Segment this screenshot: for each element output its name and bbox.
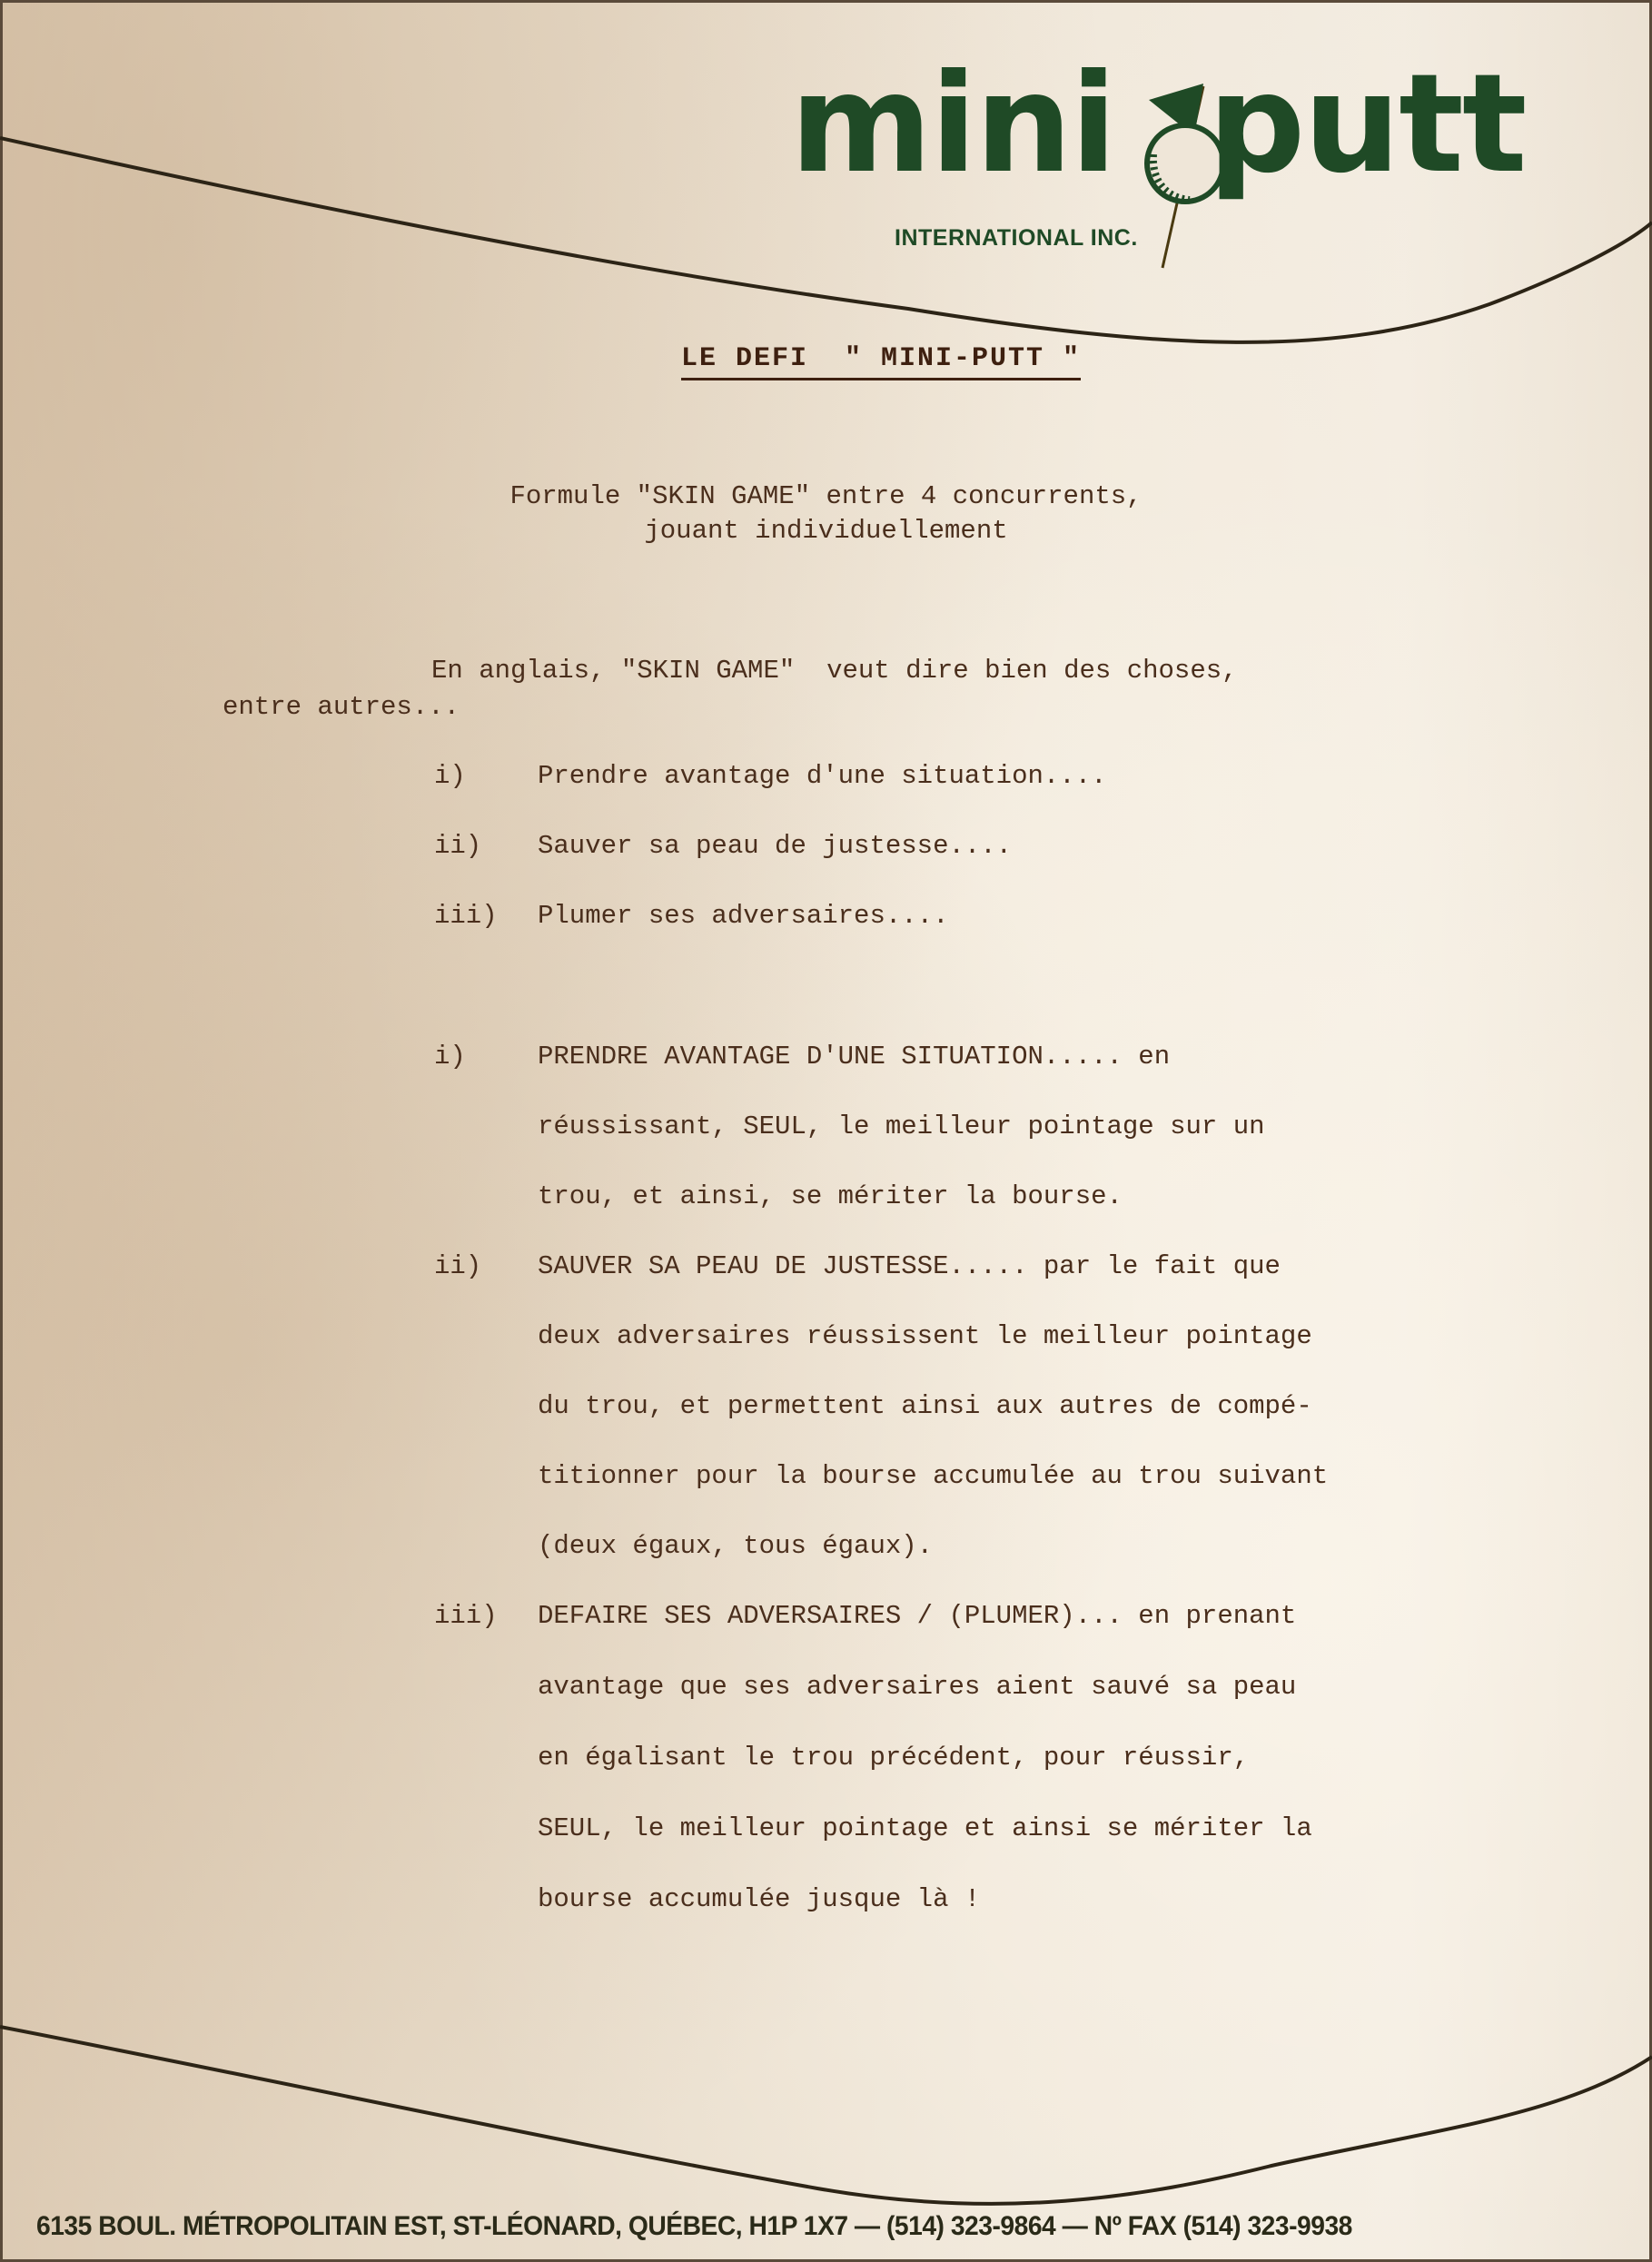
detail-line: bourse accumulée jusque là ! — [538, 1884, 980, 1914]
detail-marker: iii) — [434, 1601, 498, 1631]
detail-marker: i) — [434, 1042, 466, 1072]
detail-line: trou, et ainsi, se mériter la bourse. — [538, 1181, 1123, 1211]
detail-line: avantage que ses adversaires aient sauvé… — [538, 1672, 1296, 1702]
detail-line: PRENDRE AVANTAGE D'UNE SITUATION..... en — [538, 1042, 1170, 1072]
company-logo: mini putt INTERNATIONAL INC. — [781, 36, 1535, 272]
detail-line: du trou, et permettent ainsi aux autres … — [538, 1391, 1312, 1421]
detail-line: en égalisant le trou précédent, pour réu… — [538, 1743, 1249, 1773]
detail-marker: ii) — [434, 1251, 481, 1281]
bottom-curve — [0, 2027, 1652, 2204]
detail-line: SEUL, le meilleur pointage et ainsi se m… — [538, 1813, 1312, 1843]
summary-marker: iii) — [434, 901, 498, 931]
detail-line: SAUVER SA PEAU DE JUSTESSE..... par le f… — [538, 1251, 1281, 1281]
summary-item: Sauver sa peau de justesse.... — [538, 831, 1012, 861]
detail-line: réussissant, SEUL, le meilleur pointage … — [538, 1111, 1265, 1141]
footer-address: 6135 BOUL. MÉTROPOLITAIN EST, ST-LÉONARD… — [36, 2211, 1352, 2242]
logo-subtitle: INTERNATIONAL INC. — [895, 225, 1138, 252]
subtitle-line-1: Formule "SKIN GAME" entre 4 concurrents, — [0, 481, 1652, 511]
intro-line-1: En anglais, "SKIN GAME" veut dire bien d… — [431, 656, 1238, 686]
summary-marker: ii) — [434, 831, 481, 861]
subtitle-line-2: jouant individuellement — [0, 516, 1652, 546]
detail-line: (deux égaux, tous égaux). — [538, 1531, 933, 1561]
summary-item: Prendre avantage d'une situation.... — [538, 761, 1107, 791]
intro-line-2: entre autres... — [223, 692, 460, 722]
logo-word-putt: putt — [1208, 45, 1526, 203]
detail-line: DEFAIRE SES ADVERSAIRES / (PLUMER)... en… — [538, 1601, 1296, 1631]
detail-line: titionner pour la bourse accumulée au tr… — [538, 1461, 1328, 1491]
summary-marker: i) — [434, 761, 466, 791]
detail-line: deux adversaires réussissent le meilleur… — [538, 1321, 1312, 1351]
document-title: LE DEFI " MINI-PUTT " — [681, 343, 1081, 380]
summary-item: Plumer ses adversaires.... — [538, 901, 948, 931]
